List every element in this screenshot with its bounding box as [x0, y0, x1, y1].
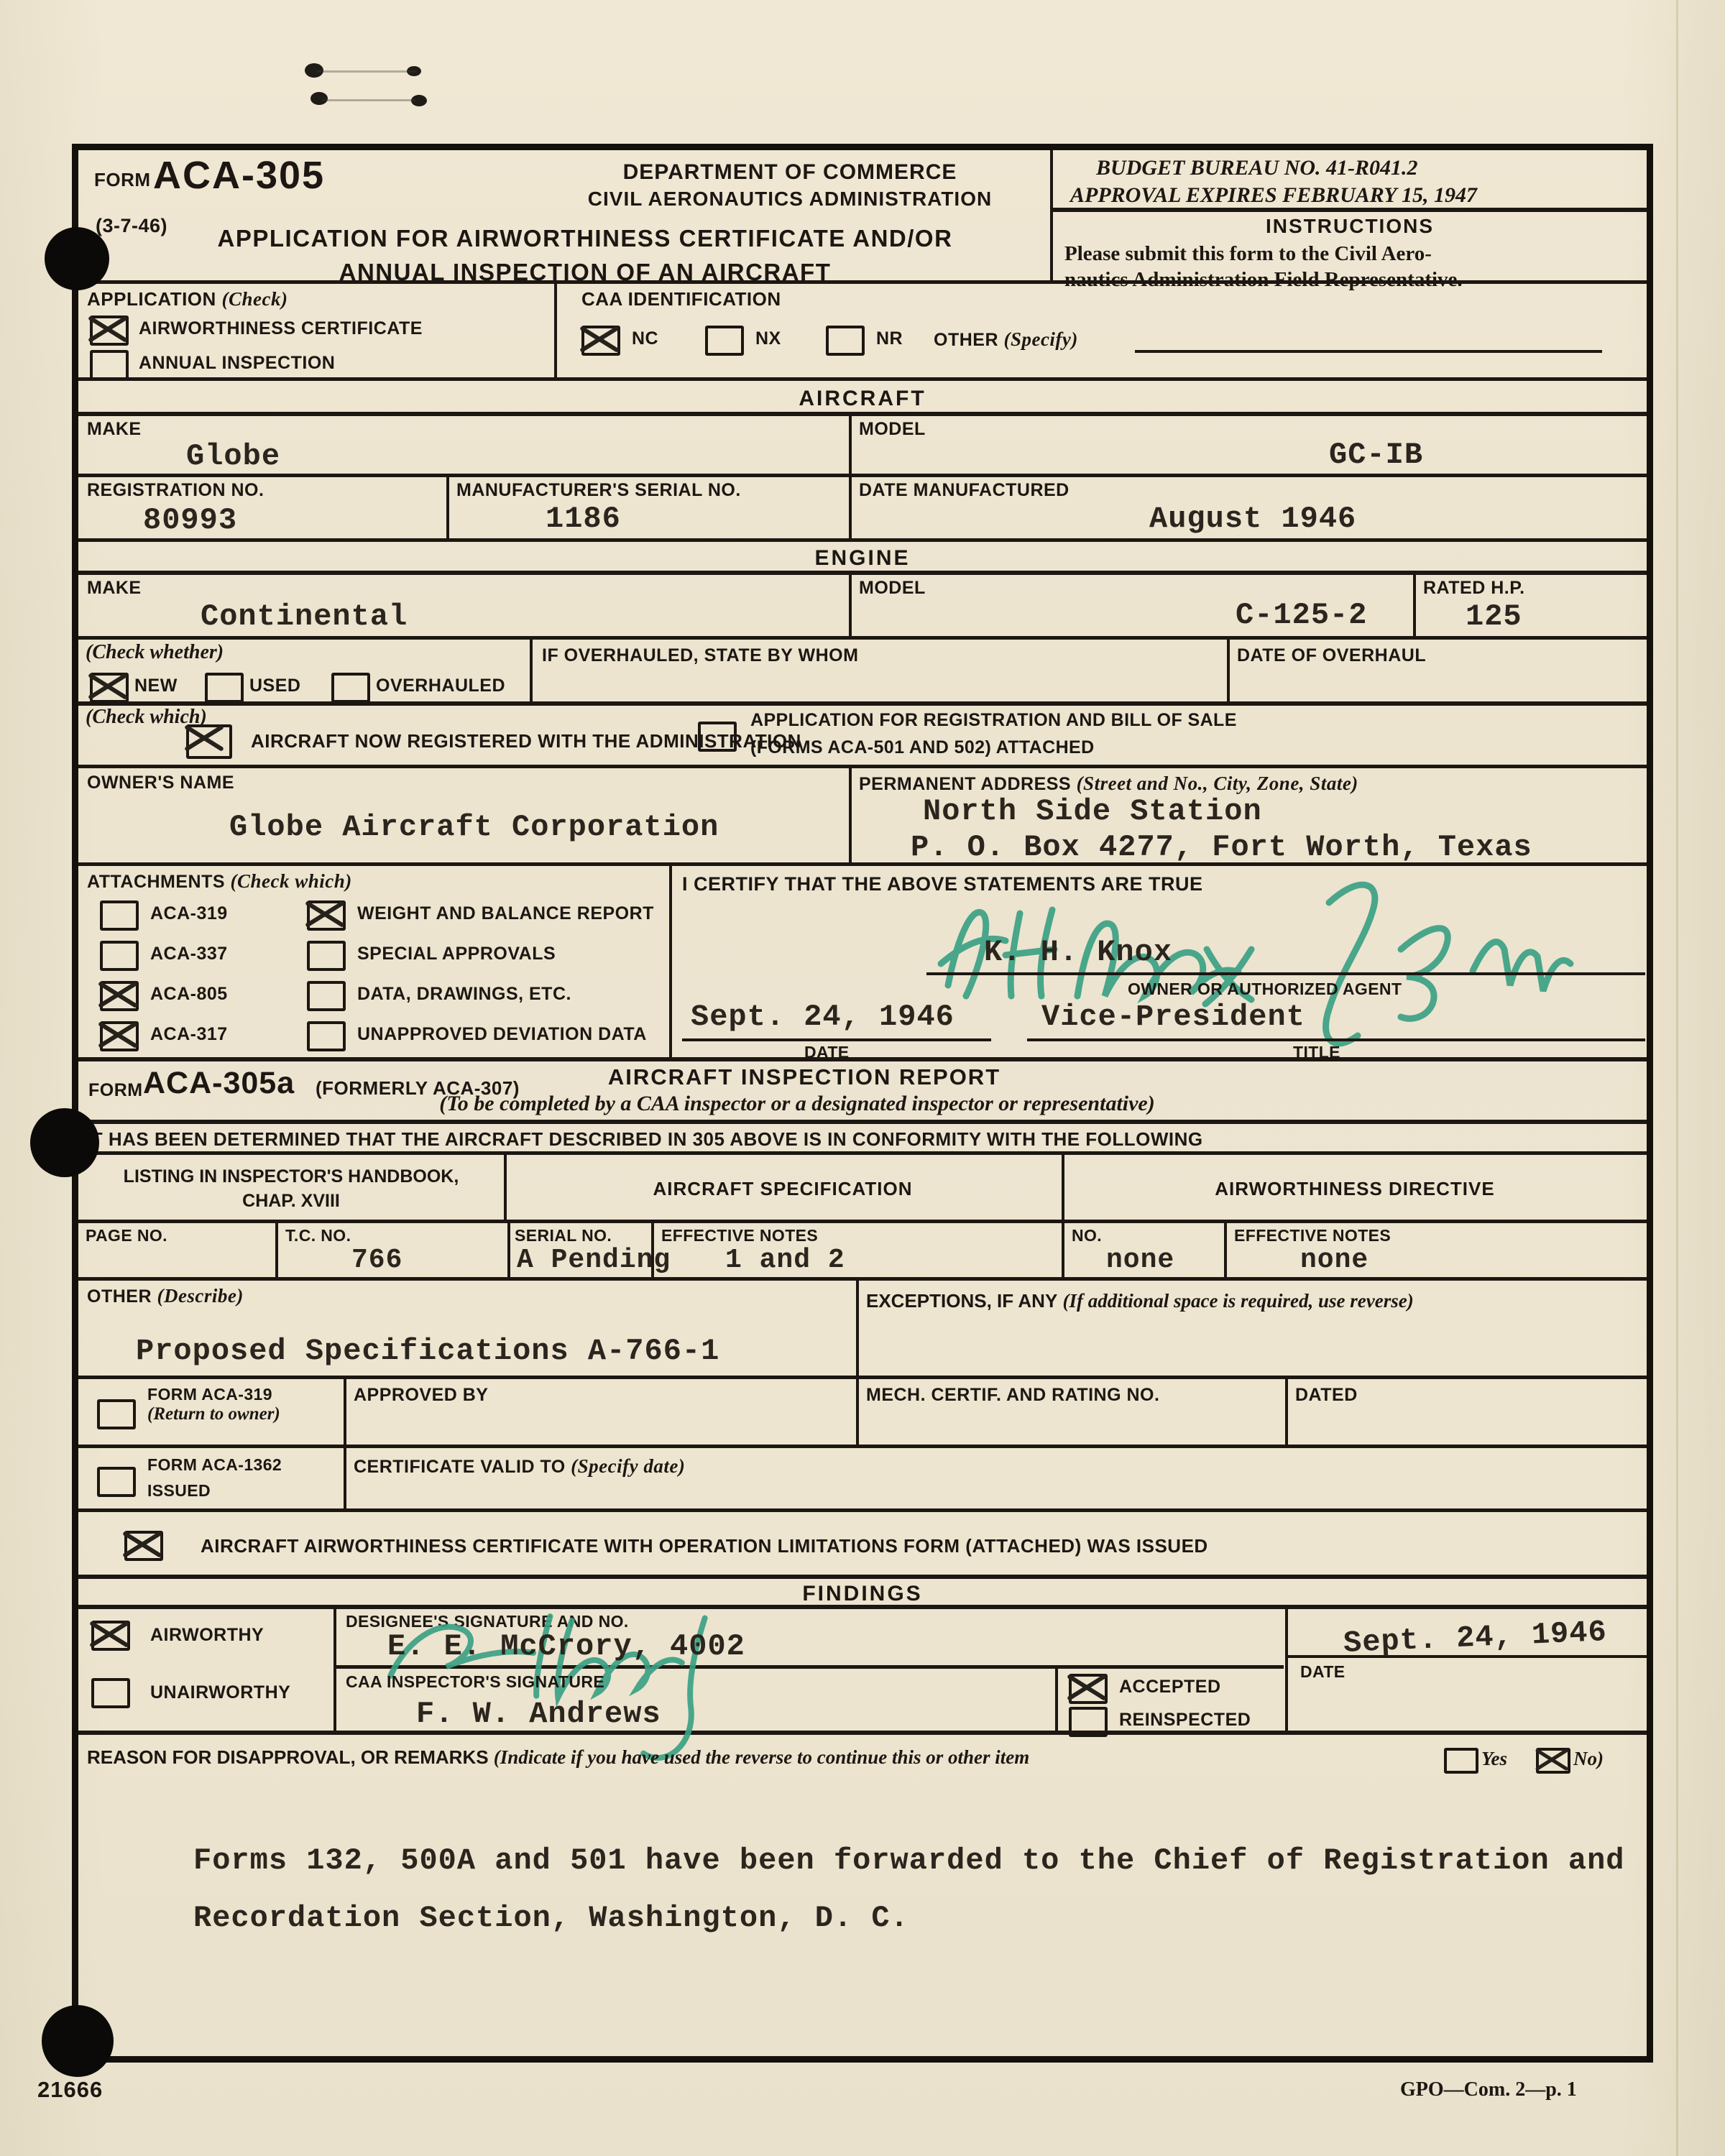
- ink-dot: [310, 92, 328, 105]
- remarks-area: Forms 132, 500A and 501 have been forwar…: [78, 1787, 1647, 2056]
- engine-overhauled-label: OVERHAULED: [376, 676, 505, 696]
- date-manufactured-label: DATE MANUFACTURED: [859, 480, 1069, 501]
- overhauled-by-whom-label: IF OVERHAULED, STATE BY WHOM: [542, 645, 858, 666]
- engine-model-label: MODEL: [859, 578, 926, 599]
- remarks-line2[interactable]: Recordation Section, Washington, D. C.: [193, 1901, 909, 1935]
- listing-header: LISTING IN INSPECTOR'S HANDBOOK, CHAP. X…: [78, 1165, 504, 1214]
- checkbox-nr[interactable]: [826, 326, 865, 356]
- checkbox-reverse-yes[interactable]: [1444, 1748, 1478, 1774]
- engine-make-value[interactable]: Continental: [201, 599, 408, 634]
- checkbox-certificate-issued[interactable]: [124, 1531, 163, 1561]
- serial-label: MANUFACTURER'S SERIAL NO.: [456, 480, 741, 501]
- reason-row: REASON FOR DISAPPROVAL, OR REMARKS (Indi…: [78, 1735, 1647, 1787]
- owner-signature-line[interactable]: [926, 972, 1645, 975]
- designee-signature-typed[interactable]: E. E. McCrory, 4002: [387, 1629, 745, 1664]
- owner-agent-label: OWNER OR AUTHORIZED AGENT: [1128, 980, 1402, 999]
- directive-notes-label: EFFECTIVE NOTES: [1234, 1226, 1391, 1245]
- cert-title-value[interactable]: Vice-President: [1041, 1000, 1305, 1034]
- inspection-columns-row: LISTING IN INSPECTOR'S HANDBOOK, CHAP. X…: [78, 1155, 1647, 1223]
- instructions-box: INSTRUCTIONS Please submit this form to …: [1053, 212, 1647, 280]
- checkbox-reinspected[interactable]: [1069, 1707, 1108, 1737]
- registration-value[interactable]: 80993: [143, 503, 237, 538]
- checkbox-engine-overhauled[interactable]: [331, 673, 370, 703]
- rated-hp-label: RATED H.P.: [1423, 578, 1525, 599]
- owner-name-value[interactable]: Globe Aircraft Corporation: [229, 810, 719, 844]
- form-title: APPLICATION FOR AIRWORTHINESS CERTIFICAT…: [121, 224, 1049, 288]
- registration-label: REGISTRATION NO.: [87, 480, 264, 501]
- checkbox-special-approvals[interactable]: [307, 941, 346, 971]
- form-1362-issued-label: ISSUED: [147, 1481, 211, 1501]
- findings-row: AIRWORTHY UNAIRWORTHY DESIGNEE'S SIGNATU…: [78, 1609, 1647, 1735]
- aca-305-form: FORM ACA-305 (3-7-46) DEPARTMENT OF COMM…: [72, 144, 1653, 2063]
- certificate-issued-row: AIRCRAFT AIRWORTHINESS CERTIFICATE WITH …: [78, 1512, 1647, 1579]
- ir-band-title: AIRCRAFT INSPECTION REPORT: [481, 1064, 1128, 1090]
- checkbox-aca-317[interactable]: [100, 1021, 139, 1051]
- rated-hp-value[interactable]: 125: [1466, 599, 1522, 634]
- directive-no-value[interactable]: none: [1106, 1245, 1174, 1276]
- determined-row: IT HAS BEEN DETERMINED THAT THE AIRCRAFT…: [78, 1124, 1647, 1155]
- gpo-imprint: GPO—Com. 2—p. 1: [1400, 2078, 1577, 2101]
- engine-condition-row: (Check whether) NEW USED OVERHAULED IF O…: [78, 640, 1647, 706]
- budget-line1: BUDGET BUREAU NO. 41-R041.2: [1096, 156, 1418, 180]
- owner-signature-typed[interactable]: K. H. Knox: [984, 935, 1172, 969]
- mech-certif-label: MECH. CERTIF. AND RATING NO.: [866, 1385, 1159, 1406]
- caa-other-field[interactable]: [1135, 350, 1602, 353]
- owner-row: OWNER'S NAME Globe Aircraft Corporation …: [78, 768, 1647, 866]
- cert-title-line[interactable]: [1027, 1038, 1645, 1041]
- attachments-label: ATTACHMENTS (Check which): [87, 870, 352, 893]
- application-label: APPLICATION (Check): [87, 288, 288, 310]
- weight-balance-label: WEIGHT AND BALANCE REPORT: [357, 903, 654, 924]
- engine-band: ENGINE: [78, 542, 1647, 575]
- form-word-label: FORM: [94, 169, 151, 191]
- annual-inspection-label: ANNUAL INSPECTION: [139, 353, 335, 374]
- remarks-line1[interactable]: Forms 132, 500A and 501 have been forwar…: [193, 1843, 1625, 1878]
- nc-label: NC: [632, 328, 658, 349]
- checkbox-aca-805[interactable]: [100, 981, 139, 1011]
- caa-other-label: OTHER (Specify): [934, 328, 1078, 351]
- checkbox-nx[interactable]: [705, 326, 744, 356]
- unapproved-deviation-label: UNAPPROVED DEVIATION DATA: [357, 1024, 647, 1045]
- budget-line2: APPROVAL EXPIRES FEBRUARY 15, 1947: [1070, 183, 1477, 208]
- designee-signature-label: DESIGNEE'S SIGNATURE AND NO.: [346, 1612, 629, 1631]
- punch-hole: [30, 1108, 99, 1177]
- ir-form-word: FORM: [88, 1080, 143, 1101]
- date-of-overhaul-label: DATE OF OVERHAUL: [1237, 645, 1426, 666]
- reason-label: REASON FOR DISAPPROVAL, OR REMARKS (Indi…: [87, 1746, 1029, 1769]
- tc-no-label: T.C. NO.: [285, 1226, 351, 1245]
- reverse-no-label: No): [1573, 1748, 1604, 1770]
- unairworthy-label: UNAIRWORTHY: [150, 1682, 290, 1703]
- cert-date-value[interactable]: Sept. 24, 1946: [691, 1000, 954, 1034]
- pencil-mark: [316, 70, 417, 73]
- scanned-form-page: { "colors": {"ink": "#1c1712", "paper": …: [0, 0, 1725, 2156]
- aircraft-specification-header: AIRCRAFT SPECIFICATION: [504, 1178, 1062, 1200]
- certify-statement: I CERTIFY THAT THE ABOVE STATEMENTS ARE …: [682, 873, 1203, 895]
- other-value[interactable]: Proposed Specifications A-766-1: [136, 1334, 719, 1368]
- checkbox-data-drawings[interactable]: [307, 981, 346, 1011]
- checkbox-annual-inspection[interactable]: [90, 350, 129, 380]
- cert-title-label: TITLE: [1293, 1043, 1340, 1062]
- accepted-label: ACCEPTED: [1119, 1677, 1221, 1697]
- permanent-address-label: PERMANENT ADDRESS (Street and No., City,…: [859, 773, 1358, 795]
- form-319-note: (Return to owner): [147, 1404, 327, 1425]
- dated-label: DATED: [1295, 1385, 1358, 1406]
- checkbox-airworthy[interactable]: [91, 1621, 130, 1651]
- determined-text: IT HAS BEEN DETERMINED THAT THE AIRCRAFT…: [86, 1128, 1203, 1151]
- page-no-label: PAGE NO.: [86, 1226, 167, 1245]
- checkbox-nc[interactable]: [581, 326, 620, 356]
- serial-value[interactable]: 1186: [546, 502, 621, 536]
- checkbox-airworthiness-certificate[interactable]: [90, 315, 129, 346]
- bill-of-sale-line2: (FORMS ACA-501 AND 502) ATTACHED: [750, 737, 1095, 758]
- cert-date-line[interactable]: [682, 1038, 991, 1041]
- ir-serial-label: SERIAL NO.: [515, 1226, 612, 1245]
- engine-model-value[interactable]: C-125-2: [1236, 598, 1367, 632]
- owner-name-label: OWNER'S NAME: [87, 773, 234, 793]
- aca-337-label: ACA-337: [150, 944, 228, 964]
- aircraft-band: AIRCRAFT: [78, 381, 1647, 416]
- tc-values-row: PAGE NO. T.C. NO. 766 SERIAL NO. A Pendi…: [78, 1223, 1647, 1281]
- checkbox-weight-balance[interactable]: [307, 900, 346, 931]
- aca-319-label: ACA-319: [150, 903, 228, 924]
- form-319-row: FORM ACA-319 (Return to owner) APPROVED …: [78, 1379, 1647, 1448]
- address-line2[interactable]: P. O. Box 4277, Fort Worth, Texas: [911, 830, 1532, 865]
- findings-date-label: DATE: [1300, 1662, 1345, 1682]
- checkbox-aca-337[interactable]: [100, 941, 139, 971]
- pencil-mark: [322, 99, 415, 101]
- form-number: ACA-305: [153, 153, 325, 198]
- engine-make-row: MAKE Continental MODEL C-125-2 RATED H.P…: [78, 575, 1647, 640]
- nr-label: NR: [876, 328, 903, 349]
- caa-inspector-typed[interactable]: F. W. Andrews: [416, 1697, 661, 1731]
- engine-used-label: USED: [249, 676, 300, 696]
- form-1362-row: FORM ACA-1362 ISSUED CERTIFICATE VALID T…: [78, 1448, 1647, 1512]
- check-whether-note: (Check whether): [86, 641, 224, 664]
- reverse-yes-label: Yes: [1481, 1748, 1507, 1770]
- ir-serial-value[interactable]: A Pending: [517, 1245, 671, 1276]
- findings-date-value[interactable]: Sept. 24, 1946: [1343, 1615, 1608, 1661]
- findings-band: FINDINGS: [78, 1579, 1647, 1609]
- application-row: APPLICATION (Check) AIRWORTHINESS CERTIF…: [78, 284, 1647, 381]
- directive-notes-value[interactable]: none: [1300, 1245, 1368, 1276]
- special-approvals-label: SPECIAL APPROVALS: [357, 944, 556, 964]
- checkbox-unairworthy[interactable]: [91, 1678, 130, 1708]
- paper-crease: [1676, 0, 1678, 2156]
- cert-date-label: DATE: [804, 1043, 850, 1062]
- reinspected-label: REINSPECTED: [1119, 1710, 1251, 1731]
- other-label: OTHER (Describe): [87, 1285, 244, 1307]
- checkbox-accepted[interactable]: [1069, 1674, 1108, 1704]
- airworthiness-certificate-label: AIRWORTHINESS CERTIFICATE: [139, 318, 423, 339]
- directive-no-label: NO.: [1072, 1226, 1102, 1245]
- checkbox-form-1362[interactable]: [97, 1467, 136, 1497]
- checkbox-engine-new[interactable]: [90, 673, 129, 703]
- budget-bureau-box: BUDGET BUREAU NO. 41-R041.2 APPROVAL EXP…: [1053, 150, 1647, 212]
- nx-label: NX: [755, 328, 781, 349]
- checkbox-form-319[interactable]: [97, 1399, 136, 1429]
- checkbox-unapproved-deviation[interactable]: [307, 1021, 346, 1051]
- airworthiness-directive-header: AIRWORTHINESS DIRECTIVE: [1062, 1178, 1648, 1200]
- caa-inspector-label: CAA INSPECTOR'S SIGNATURE: [346, 1672, 604, 1692]
- department-name: DEPARTMENT OF COMMERCE CIVIL AERONAUTICS…: [524, 160, 1056, 211]
- aircraft-make-row: MAKE Globe MODEL GC-IB: [78, 416, 1647, 477]
- aircraft-make-value[interactable]: Globe: [186, 439, 280, 474]
- page-number-left: 21666: [37, 2077, 103, 2103]
- aca-317-label: ACA-317: [150, 1024, 228, 1045]
- tc-no-value[interactable]: 766: [351, 1245, 402, 1276]
- effective-notes-label: EFFECTIVE NOTES: [661, 1226, 818, 1245]
- engine-new-label: NEW: [134, 676, 178, 696]
- punch-hole: [45, 227, 109, 290]
- attachments-row: ATTACHMENTS (Check which) ACA-319 ACA-33…: [78, 866, 1647, 1061]
- aircraft-model-value[interactable]: GC-IB: [1329, 438, 1423, 472]
- aircraft-make-label: MAKE: [87, 419, 142, 440]
- effective-notes-value[interactable]: 1 and 2: [725, 1245, 845, 1276]
- date-manufactured-value[interactable]: August 1946: [1149, 502, 1356, 536]
- other-row: OTHER (Describe) Proposed Specifications…: [78, 1281, 1647, 1379]
- certificate-valid-label: CERTIFICATE VALID TO (Specify date): [354, 1455, 685, 1478]
- approved-by-label: APPROVED BY: [354, 1385, 488, 1406]
- checkbox-reverse-no[interactable]: [1536, 1748, 1570, 1774]
- instructions-title: INSTRUCTIONS: [1053, 215, 1647, 238]
- aca-805-label: ACA-805: [150, 984, 228, 1005]
- form-header: FORM ACA-305 (3-7-46) DEPARTMENT OF COMM…: [78, 150, 1647, 284]
- ir-sub-note: (To be completed by a CAA inspector or a…: [186, 1092, 1408, 1116]
- data-drawings-label: DATA, DRAWINGS, ETC.: [357, 984, 571, 1005]
- form-1362-label: FORM ACA-1362: [147, 1455, 282, 1475]
- form-319-label: FORM ACA-319: [147, 1385, 272, 1404]
- aircraft-registration-row: REGISTRATION NO. 80993 MANUFACTURER'S SE…: [78, 477, 1647, 542]
- checkbox-aca-319[interactable]: [100, 900, 139, 931]
- exceptions-label: EXCEPTIONS, IF ANY (If additional space …: [866, 1286, 1621, 1316]
- checkbox-registration-bill-of-sale[interactable]: [698, 722, 737, 752]
- caa-identification-label: CAA IDENTIFICATION: [581, 288, 781, 310]
- certificate-issued-label: AIRCRAFT AIRWORTHINESS CERTIFICATE WITH …: [201, 1535, 1208, 1557]
- airworthy-label: AIRWORTHY: [150, 1625, 264, 1646]
- checkbox-engine-used[interactable]: [205, 673, 244, 703]
- engine-make-label: MAKE: [87, 578, 142, 599]
- checkbox-aircraft-registered[interactable]: [186, 724, 232, 759]
- aircraft-model-label: MODEL: [859, 419, 926, 440]
- inspection-report-band: FORM ACA-305a (FORMERLY ACA-307) AIRCRAF…: [78, 1061, 1647, 1124]
- address-line1[interactable]: North Side Station: [923, 794, 1262, 829]
- registration-status-row: (Check which) AIRCRAFT NOW REGISTERED WI…: [78, 706, 1647, 768]
- bill-of-sale-line1: APPLICATION FOR REGISTRATION AND BILL OF…: [750, 710, 1237, 731]
- punch-hole: [42, 2005, 114, 2077]
